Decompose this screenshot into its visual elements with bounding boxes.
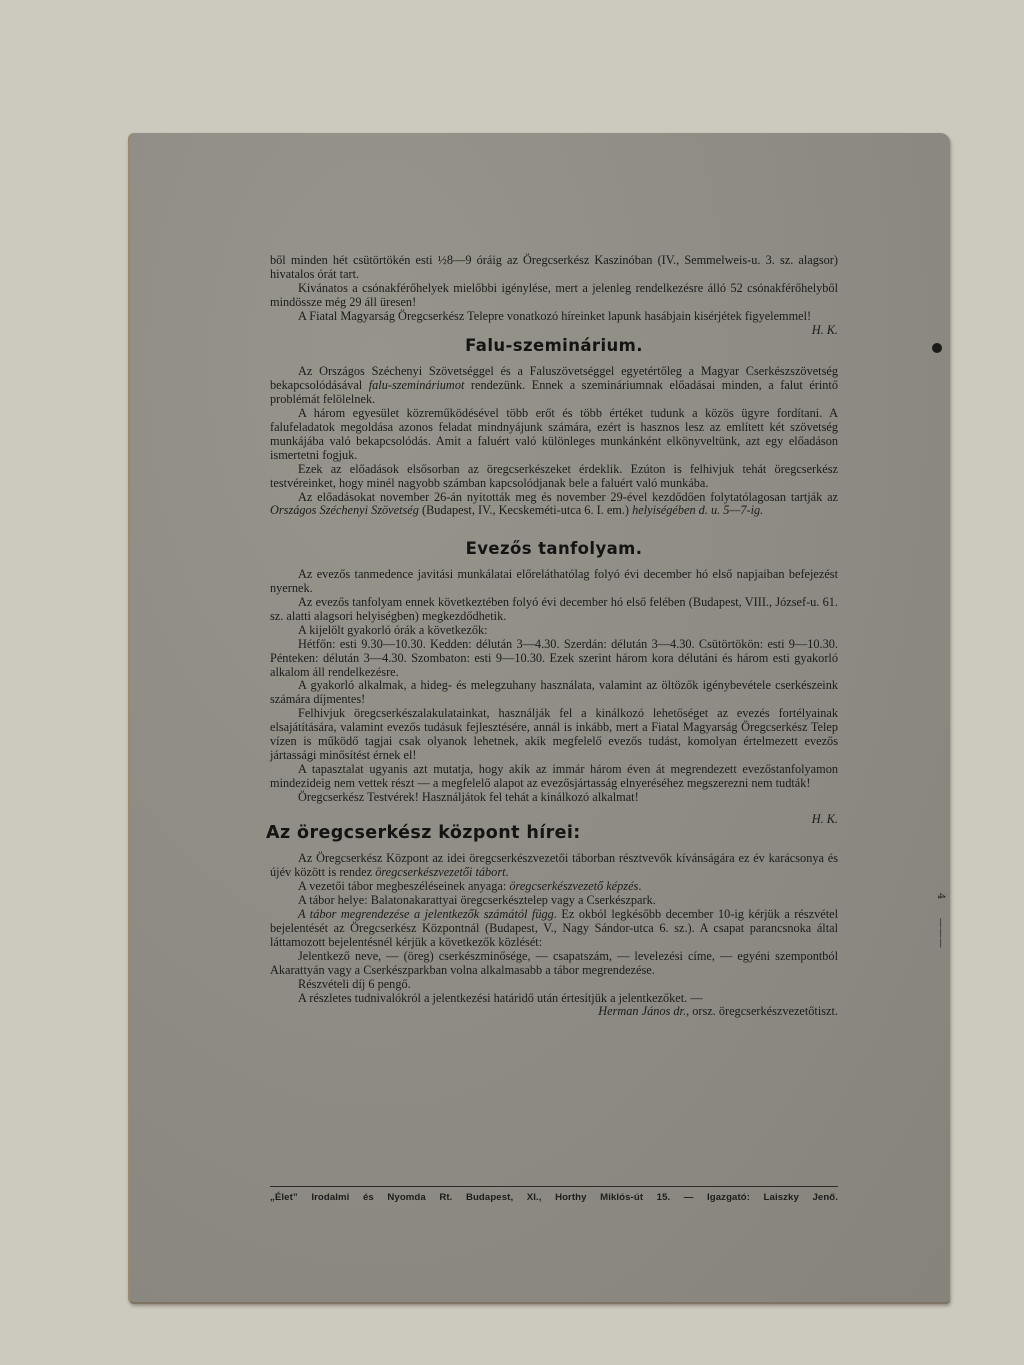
margin-annotation: 4 — [935, 893, 946, 899]
paragraph: A három egyesület közreműködésével több … — [270, 407, 838, 463]
paragraph: A részletes tudnivalókról a jelentkezési… — [270, 992, 838, 1006]
paragraph: A tapasztalat ugyanis azt mutatja, hogy … — [270, 763, 838, 791]
printer-imprint: „Élet” Irodalmi és Nyomda Rt. Budapest, … — [270, 1192, 838, 1203]
paragraph: A tábor megrendezése a jelentkezők számá… — [270, 908, 838, 950]
schedule-paragraph: Hétfőn: esti 9.30—10.30. Kedden: délután… — [270, 638, 838, 680]
paragraph: Az Öregcserkész Központ az idei öregcser… — [270, 852, 838, 880]
paragraph: Ezek az előadások elsősorban az öregcser… — [270, 463, 838, 491]
signature: Herman János dr., orsz. öregcserkészveze… — [270, 1005, 838, 1019]
paragraph: A kijelölt gyakorló órák a következők: — [270, 624, 838, 638]
paragraph: A vezetői tábor megbeszéléseinek anyaga:… — [270, 880, 838, 894]
paragraph: Felhivjuk öregcserkészalakulatainkat, ha… — [270, 707, 838, 763]
margin-annotation: ——— — [935, 918, 946, 948]
paragraph: A tábor helye: Balatonakarattyai öregcse… — [270, 894, 838, 908]
paragraph: Öregcserkész Testvérek! Használjátok fel… — [270, 791, 838, 805]
text-column: ből minden hét csütörtökén esti ½8—9 órá… — [270, 254, 838, 1019]
document-page: 4 ——— ből minden hét csütörtökén esti ½8… — [128, 133, 950, 1304]
paragraph: Az evezős tanfolyam ennek következtében … — [270, 596, 838, 624]
paragraph: Kivánatos a csónakférőhelyek mielőbbi ig… — [270, 282, 838, 310]
section-falu-szeminarium: Falu-szeminárium. Az Országos Széchenyi … — [270, 339, 838, 518]
paragraph: A gyakorló alkalmak, a hideg- és melegzu… — [270, 679, 838, 707]
footer-rule — [270, 1186, 838, 1187]
paragraph: Az Országos Széchenyi Szövetséggel és a … — [270, 365, 838, 407]
signature: H. K. — [270, 324, 838, 338]
punch-hole — [932, 343, 942, 353]
section-heading: Falu-szeminárium. — [270, 339, 838, 353]
paragraph: Jelentkező neve, — (öreg) cserkészminősé… — [270, 950, 838, 978]
paragraph: Részvételi díj 6 pengő. — [270, 978, 838, 992]
paragraph: Az előadásokat november 26-án nyitották … — [270, 491, 838, 519]
section-heading: Evezős tanfolyam. — [270, 542, 838, 556]
paragraph: Az evezős tanmedence javitási munkálatai… — [270, 568, 838, 596]
paragraph: ből minden hét csütörtökén esti ½8—9 órá… — [270, 254, 838, 282]
section-evezos-tanfolyam: Evezős tanfolyam. Az evezős tanmedence j… — [270, 542, 838, 826]
section-kozpont-hirei: Az öregcserkész központ hírei: Az Öregcs… — [270, 827, 838, 1020]
section-intro: ből minden hét csütörtökén esti ½8—9 órá… — [270, 254, 838, 337]
paragraph: A Fiatal Magyarság Öregcserkész Telepre … — [270, 310, 838, 324]
section-heading: Az öregcserkész központ hírei: — [266, 827, 838, 841]
